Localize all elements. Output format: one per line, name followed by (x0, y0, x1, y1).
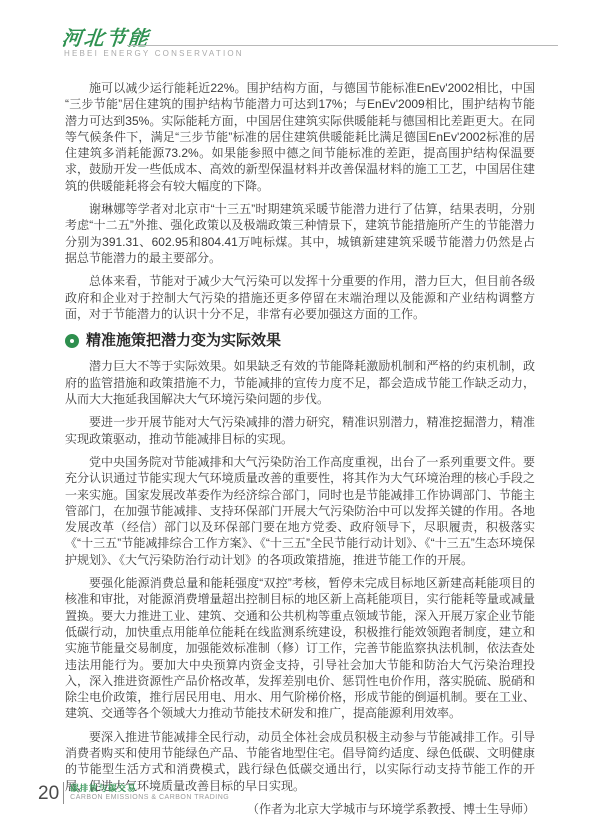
footer-divider (63, 782, 64, 804)
body-paragraph: 要进一步开展节能对大气污染减排的潜力研究，精准识别潜力，精准挖掘潜力，精准实现政… (65, 414, 535, 447)
body-paragraph: 要强化能源消费总量和能耗强度“双控”考核，暂停未完成目标地区新建高耗能项目的核准… (65, 575, 535, 722)
page-footer: 20 碳排放与碳交易 CARBON EMISSIONS & CARBON TRA… (38, 782, 229, 804)
article-body: 施可以减少运行能耗近22%。围护结构方面，与德国节能标准EnEv'2002相比，… (65, 80, 535, 820)
section-bullet-icon (65, 334, 79, 348)
intro-paragraphs: 施可以减少运行能耗近22%。围护结构方面，与德国节能标准EnEv'2002相比，… (65, 80, 535, 322)
brand-subtitle: HEBEI ENERGY CONSERVATION (64, 49, 244, 58)
body-paragraph: 施可以减少运行能耗近22%。围护结构方面，与德国节能标准EnEv'2002相比，… (65, 80, 535, 194)
body-paragraph: 谢琳娜等学者对北京市“十三五”时期建筑采暖节能潜力进行了估算，结果表明，分别考虑… (65, 201, 535, 266)
body-paragraph: 党中央国务院对节能减排和大气污染防治工作高度重视，出台了一系列重要文件。要充分认… (65, 454, 535, 568)
footer-section-cn: 碳排放与碳交易 (70, 783, 229, 793)
magazine-page: 河北节能 HEBEI ENERGY CONSERVATION 施可以减少运行能耗… (0, 0, 600, 820)
footer-section-en: CARBON EMISSIONS & CARBON TRADING (70, 793, 229, 803)
brand-logo: 河北节能 (60, 22, 151, 51)
body-paragraph: 潜力巨大不等于实际效果。如果缺乏有效的节能降耗激励机制和严格的约束机制，政府的监… (65, 358, 535, 407)
footer-section-title: 碳排放与碳交易 CARBON EMISSIONS & CARBON TRADIN… (70, 783, 229, 803)
section-heading: 精准施策把潜力变为实际效果 (65, 333, 535, 349)
header-rule (127, 45, 558, 46)
body-paragraph: 总体来看，节能对于减少大气污染可以发挥十分重要的作用，潜力巨大，但目前各级政府和… (65, 273, 535, 322)
page-number: 20 (38, 784, 59, 803)
section-paragraphs: 潜力巨大不等于实际效果。如果缺乏有效的节能降耗激励机制和严格的约束机制，政府的监… (65, 358, 535, 793)
section-heading-text: 精准施策把潜力变为实际效果 (86, 333, 281, 349)
